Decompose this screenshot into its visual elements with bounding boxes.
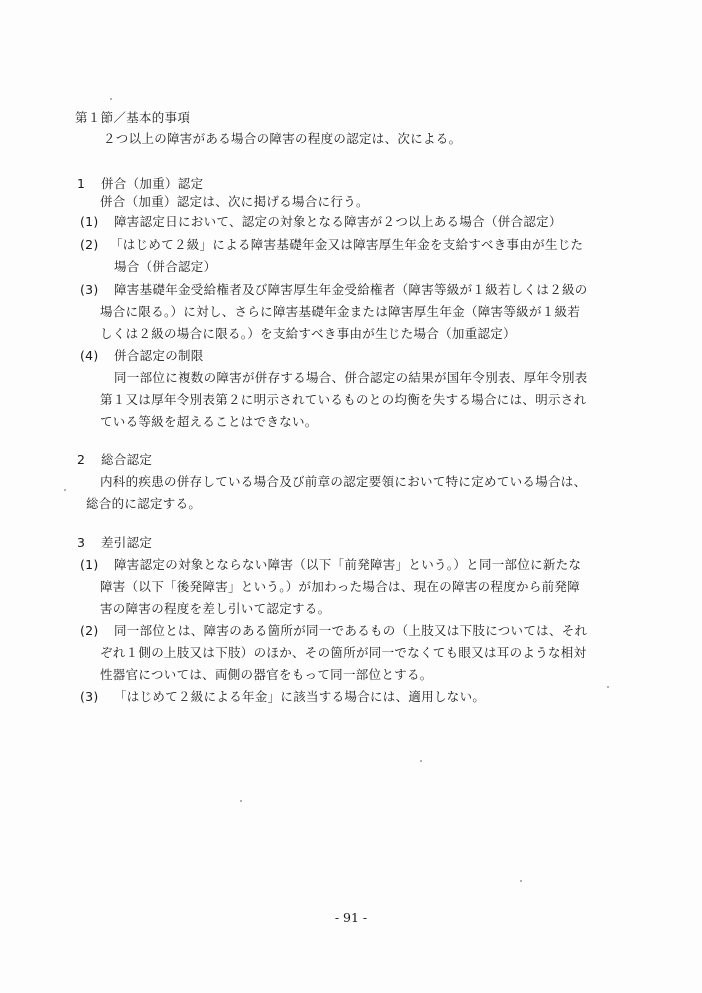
s1-number: 1 [77,176,101,192]
s1-item-4-body3: ている等級を超えることはできない。 [100,414,318,430]
s1-item-3-cont1: 場合に限る。）に対し、さらに障害基礎年金または障害厚生年金（障害等級が１級若 [100,304,580,320]
s1-item-4-body1: 同一部位に複数の障害が併存する場合、併合認定の結果が国年令別表、厚年令別表 [114,370,588,386]
section-title: 第１節／基本的事項 [75,110,190,126]
s1-item-2-cont: 場合（併合認定） [114,259,216,275]
scan-speck [240,800,242,802]
s2-body2: 総合的に認定する。 [86,496,201,512]
s1-title: 併合（加重）認定 [101,176,203,191]
s3-item-2-cont1: ぞれ１側の上肢又は下肢）のほか、その箇所が同一でなくても眼又は耳のような相対 [100,645,586,661]
s1-item-2: (2)「はじめて２級」による障害基礎年金又は障害厚生年金を支給すべき事由が生じた [80,237,583,253]
page-number: - 91 - [0,910,702,925]
s1-heading: 1併合（加重）認定 [77,176,203,192]
s1-item-3-cont2: しくは２級の場合に限る。）を支給すべき事由が生じた場合（加重認定） [100,326,516,342]
scan-speck [110,98,112,100]
s3-heading: 3差引認定 [77,535,152,551]
s3-item-1-cont2: 害の障害の程度を差し引いて認定する。 [100,601,330,617]
s3-item-1-cont1: 障害（以下「後発障害」という。）が加わった場合は、現在の障害の程度から前発障 [100,579,580,595]
s1-item-4-body2: 第１又は厚年令別表第２に明示されているものとの均衡を失する場合には、明示され [100,392,586,408]
s3-item-3: (3)「はじめて２級による年金」に該当する場合には、適用しない。 [80,689,485,705]
scan-speck [420,760,422,762]
s3-item-2: (2)同一部位とは、障害のある箇所が同一であるもの（上肢又は下肢については、それ [80,623,587,639]
s1-item-1: (1)障害認定日において、認定の対象となる障害が２つ以上ある場合（併合認定） [80,214,562,230]
s2-heading: 2総合認定 [77,452,152,468]
s3-item-2-cont2: 性器官については、両側の器官をもって同一部位とする。 [100,667,433,683]
s1-item-3: (3)障害基礎年金受給権者及び障害厚生年金受給権者（障害等級が１級若しくは２級の [80,282,588,298]
intro-text: ２つ以上の障害がある場合の障害の程度の認定は、次による。 [103,131,461,147]
scan-speck [520,880,522,882]
s3-item-1: (1)障害認定の対象とならない障害（以下「前発障害」という。）と同一部位に新たな [80,557,581,573]
s1-item-4: (4)併合認定の制限 [80,348,204,364]
scan-speck [607,686,609,688]
s2-body1: 内科的疾患の併存している場合及び前章の認定要領において特に定めている場合は、 [100,474,586,490]
scan-speck [64,489,66,491]
s1-lead: 併合（加重）認定は、次に掲げる場合に行う。 [100,194,369,210]
